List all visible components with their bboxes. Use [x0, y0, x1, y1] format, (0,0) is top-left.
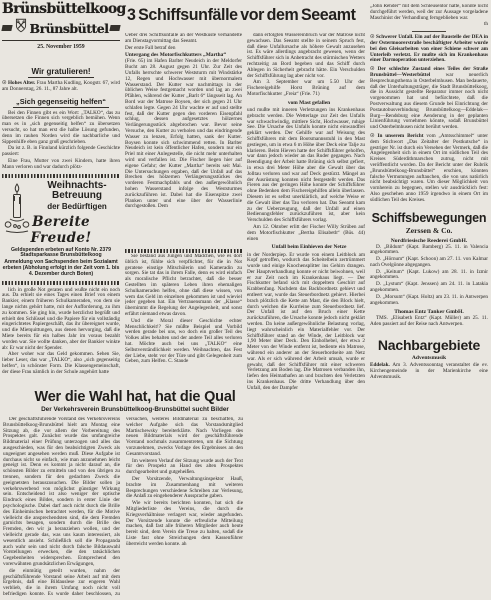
paragraph: Da ist z. B. in Finnland kürzlich folgen… [2, 146, 120, 158]
heading-sich-gegenseitig-helfen: „Sich gegenseitig helfen“ [13, 97, 109, 108]
seeamt-column-a: Ueber drei Schiffsunfälle an der Westküs… [125, 33, 242, 244]
gratulieren-item: ☉ Hohes Alter. Frau Martha Kudling, Koog… [2, 81, 120, 93]
paragraph: D. „Hörnum“ (Kapt. Schoon) am 27. 11. vo… [370, 257, 488, 269]
helfen-paragraphs: Bei den Finnen gibt es ein Wort: „TALKO“… [2, 111, 120, 171]
ad-title-line2: Betreuung [34, 191, 120, 202]
column-4: „John Rehder“ mit dem Schleusentor hatte… [370, 4, 488, 596]
paragraph: Eine Frau, Mutter von zwei Kindern, hatt… [2, 159, 120, 171]
paragraph: Wie wir bereits berichten konnten, hat s… [126, 501, 243, 547]
seeamt-subhead-mast: vom Mast gefallen [247, 100, 365, 106]
ornament-rule [125, 249, 242, 253]
paragraph: Bei den Finnen gibt es ein Wort: „TALKO“… [2, 111, 120, 146]
ad-note-1: Geldspenden erbeten auf Konto Nr. 2379 S… [2, 248, 120, 260]
newspaper-page: Brünsbüttelkoog Brünsbüttel 25. November… [0, 0, 491, 600]
shipping-entries-1: D. „Bildum“ (Kapt. Bamberg) 25. 11. in V… [370, 245, 488, 307]
paragraph: D. „Bildum“ (Kapt. Bamberg) 25. 11. in V… [370, 245, 488, 257]
seeamt-column-b: dann erfolgten Wassereinbruch war der Ma… [247, 33, 365, 505]
news-item: ☉ Schwerer Unfall. Ein auf der Baustelle… [370, 35, 488, 64]
seeamt-b-paras: dann erfolgten Wassereinbruch war der Ma… [247, 33, 365, 98]
masthead-date: 25. November 1959 [2, 44, 120, 50]
shipping-agency: Zerssen & Co. [370, 226, 488, 235]
paragraph: D. „Keitum“ (Kapt. Lukow) am 28. 11. in … [370, 270, 488, 282]
paragraph: Sie bestand aus Jungen und Mädchen, wie … [125, 254, 242, 318]
column-1: Wir gratulieren! ☉ Hohes Alter. Frau Mar… [2, 63, 120, 386]
talko-continuation-col1: lich in große Not geraten und wußte nich… [2, 288, 120, 376]
heading-schiffsbewegungen: Schiffsbewegungen [370, 211, 488, 225]
masthead-title-line1: Brünsbüttelkoog [2, 2, 120, 17]
heading-wir-gratulieren: Wir gratulieren! [28, 67, 93, 78]
paragraph: dann erfolgten Wassereinbruch war der Ma… [247, 33, 365, 79]
shipping-company-1: Nordfriesische Reederei GmbH. [370, 238, 488, 244]
paragraph: Im weiteren Verlauf der Sitzung wurde au… [126, 459, 243, 476]
seeamt-body-b2: in der Norderpiep. Er wurde von einem Le… [247, 253, 365, 392]
ornament-rule [2, 174, 120, 178]
news-item: ☉ In unserem Bericht vom „Amtsschimmel“ … [370, 134, 488, 204]
wahl-article-body: Der geschäftsführende Vorstand des Verke… [3, 417, 243, 598]
candle-icon [2, 181, 32, 240]
masthead-row2: Brünsbüttel [2, 18, 120, 41]
seeamt-body-b1: und mußte mit inneren Verletzungen ins K… [247, 108, 365, 224]
ornament-bar-icon [110, 25, 121, 31]
divider [412, 31, 446, 32]
paragraph: lich in große Not geraten und wußte nich… [2, 288, 120, 352]
seeamt-intro: Ueber drei Schiffsunfälle an der Westküs… [125, 33, 242, 45]
wahl-subhead: Der Verkehrsverein Brunsbüttelkoog-Bruns… [2, 406, 268, 413]
shipping-entries-2: TMS. „Elisabeth Entz“ (Kapt. Müller) am … [370, 316, 488, 328]
talko-continuation-col2: Sie bestand aus Jungen und Mädchen, wie … [125, 254, 242, 387]
paragraph: Am 3. September war um 5.50 Uhr der Fisc… [247, 80, 365, 97]
crest-icon [14, 18, 28, 38]
news-item: ☉ Der schlechte Zustand eines Teiles der… [370, 67, 488, 131]
ad-title-line3: der Bedürftigen [34, 202, 120, 211]
ad-title-block: Weihnachts- Betreuung der Bedürftigen [34, 181, 120, 211]
paragraph: Der Vorsitzende, Verwaltungsinspektor Ha… [126, 477, 243, 500]
paragraph: TMS. „Elisabeth Entz“ (Kapt. Müller) am … [370, 316, 488, 328]
ornament-bar-icon [1, 25, 12, 31]
paragraph: D. „Lystum“ (Kapt. Jenssen) am 24. 11. i… [370, 282, 488, 294]
seeamt-intro-2: Der erste Fall betraf den [125, 46, 242, 52]
neighbors-subhead: Adventsmusik [370, 355, 488, 361]
seeamt-subhead-netze: Unfall beim Einhieven der Netze [247, 244, 365, 250]
main-headline: 3 Schiffsunfälle vor dem Seeamt [122, 6, 361, 25]
paragraph: D. „Morsum“ (Kapt. Holtz) am 23. 11. in … [370, 295, 488, 307]
ornament-rule [2, 281, 120, 285]
news-text: vom „Amtsschimmel“ unter dem Stichwort „… [370, 133, 488, 203]
paragraph: Aber woher war das Geld gekommen. Sehen … [2, 352, 120, 375]
correspondent-sig: th [370, 22, 488, 28]
paragraph: Und die Moral dieser Geschichte echter M… [125, 319, 242, 365]
wahl-headline: Wer die Wahl hat, hat die Qual [2, 389, 268, 405]
charity-ad: Weihnachts- Betreuung der Bedürftigen Be… [2, 181, 120, 278]
masthead-title-line2: Brünsbüttel [30, 21, 109, 36]
paragraph: Der geschäftsführende Vorstand des Verke… [3, 417, 120, 568]
seeamt-ending: „John Rehder“ mit dem Schleusentor hatte… [370, 4, 488, 21]
news-text: war neuerlich Besprechungsthema in Oster… [370, 72, 488, 130]
seeamt-b-para3: Am 12. Oktober erlitt der Fischer Willy … [247, 225, 365, 242]
seeamt-body-a: (Frie. 65) im Hafen Barlter Neudeich in … [125, 59, 242, 210]
heading-nachbargebiete: Nachbargebiete [370, 337, 488, 353]
neighbors-item: Eddelak. Am 3. Adventssonntag veranstalt… [370, 363, 488, 380]
ad-note-2: Anmeldung von Sachspenden beim Sozialamt… [2, 260, 120, 277]
masthead: Brünsbüttelkoog Brünsbüttel 25. November… [2, 2, 120, 50]
